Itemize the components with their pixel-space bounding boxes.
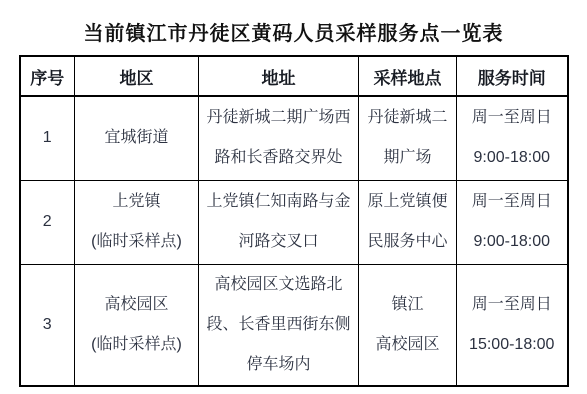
cell-hours: 周一至周日 15:00-18:00: [457, 264, 568, 386]
address-line: 上党镇仁知南路与金: [199, 182, 358, 222]
table-row: 3 高校园区 (临时采样点) 高校园区文选路北 段、长香里西街东侧 停车场内 镇…: [20, 264, 568, 386]
cell-hours: 周一至周日 9:00-18:00: [457, 180, 568, 264]
location-line: 期广场: [359, 138, 456, 178]
cell-seq: 2: [20, 180, 75, 264]
header-district: 地区: [75, 56, 199, 96]
district-line: (临时采样点): [75, 222, 198, 262]
cell-seq: 3: [20, 264, 75, 386]
district-line: 宜城街道: [75, 118, 198, 158]
cell-location: 镇江 高校园区: [359, 264, 457, 386]
hours-line: 9:00-18:00: [457, 138, 567, 178]
header-address: 地址: [199, 56, 359, 96]
hours-line: 9:00-18:00: [457, 222, 567, 262]
address-line: 停车场内: [199, 345, 358, 385]
cell-seq: 1: [20, 96, 75, 180]
table-row: 2 上党镇 (临时采样点) 上党镇仁知南路与金 河路交叉口 原上党镇便 民服务中…: [20, 180, 568, 264]
cell-location: 丹徒新城二 期广场: [359, 96, 457, 180]
hours-line: 周一至周日: [457, 98, 567, 138]
address-line: 路和长香路交界处: [199, 138, 358, 178]
cell-district: 宜城街道: [75, 96, 199, 180]
address-line: 河路交叉口: [199, 222, 358, 262]
header-hours: 服务时间: [457, 56, 568, 96]
district-line: 上党镇: [75, 182, 198, 222]
hours-line: 周一至周日: [457, 285, 567, 325]
table-row: 1 宜城街道 丹徒新城二期广场西 路和长香路交界处 丹徒新城二 期广场 周一至周…: [20, 96, 568, 180]
location-line: 镇江: [359, 285, 456, 325]
page-title: 当前镇江市丹徒区黄码人员采样服务点一览表: [0, 0, 587, 46]
cell-district: 高校园区 (临时采样点): [75, 264, 199, 386]
cell-address: 丹徒新城二期广场西 路和长香路交界处: [199, 96, 359, 180]
hours-line: 周一至周日: [457, 182, 567, 222]
district-line: 高校园区: [75, 285, 198, 325]
cell-address: 上党镇仁知南路与金 河路交叉口: [199, 180, 359, 264]
sampling-points-table: 序号 地区 地址 采样地点 服务时间 1 宜城街道 丹徒新城二期广场西 路和长香…: [19, 55, 569, 387]
location-line: 丹徒新城二: [359, 98, 456, 138]
cell-hours: 周一至周日 9:00-18:00: [457, 96, 568, 180]
location-line: 原上党镇便: [359, 182, 456, 222]
address-line: 段、长香里西街东侧: [199, 305, 358, 345]
table-header-row: 序号 地区 地址 采样地点 服务时间: [20, 56, 568, 96]
address-line: 高校园区文选路北: [199, 265, 358, 305]
header-seq: 序号: [20, 56, 75, 96]
header-location: 采样地点: [359, 56, 457, 96]
location-line: 高校园区: [359, 325, 456, 365]
district-line: (临时采样点): [75, 325, 198, 365]
hours-line: 15:00-18:00: [457, 325, 567, 365]
address-line: 丹徒新城二期广场西: [199, 98, 358, 138]
cell-address: 高校园区文选路北 段、长香里西街东侧 停车场内: [199, 264, 359, 386]
location-line: 民服务中心: [359, 222, 456, 262]
cell-location: 原上党镇便 民服务中心: [359, 180, 457, 264]
cell-district: 上党镇 (临时采样点): [75, 180, 199, 264]
notice-page: 当前镇江市丹徒区黄码人员采样服务点一览表 序号 地区 地址 采样地点 服务时间 …: [0, 0, 587, 394]
